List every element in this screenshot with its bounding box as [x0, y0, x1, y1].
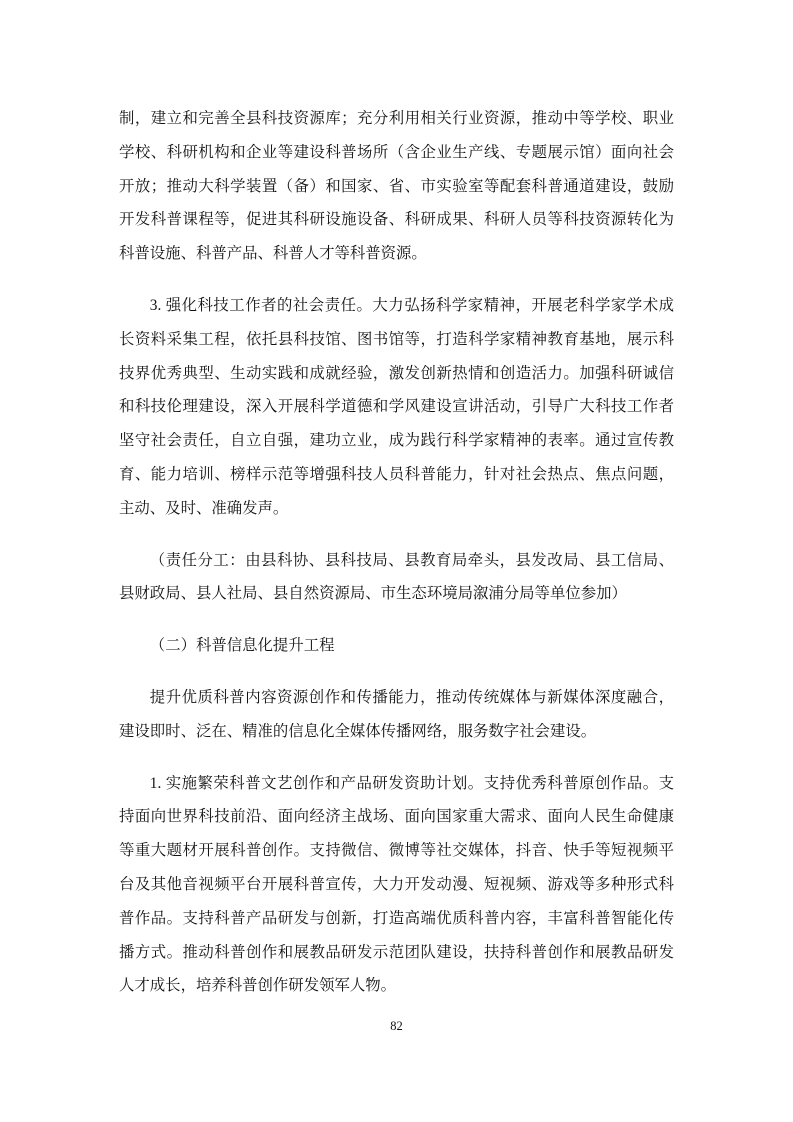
text-line: 坚守社会责任，自立自强，建功立业，成为践行科学家精神的表率。通过宣传教	[119, 424, 674, 458]
text-line: 制，建立和完善全县科技资源库；充分利用相关行业资源，推动中等学校、职业	[119, 102, 674, 136]
paragraph-item-1: 1. 实施繁荣科普文艺创作和产品研发资助计划。支持优秀科普原创作品。支持面向世界…	[119, 767, 674, 1004]
text-line: 持面向世界科技前沿、面向经济主战场、面向国家重大需求、面向人民生命健康	[119, 800, 674, 834]
text-line: 科普设施、科普产品、科普人才等科普资源。	[119, 237, 674, 271]
text-line: 建设即时、泛在、精准的信息化全媒体传播网络，服务数字社会建设。	[119, 715, 674, 749]
text-line: （责任分工：由县科协、县科技局、县教育局牵头，县发改局、县工信局、	[119, 544, 674, 578]
text-line: 开发科普课程等，促进其科研设施设备、科研成果、科研人员等科技资源转化为	[119, 203, 674, 237]
text-line: 提升优质科普内容资源创作和传播能力，推动传统媒体与新媒体深度融合，	[119, 681, 674, 715]
text-line: 1. 实施繁荣科普文艺创作和产品研发资助计划。支持优秀科普原创作品。支	[119, 767, 674, 801]
text-line: 开放；推动大科学装置（备）和国家、省、市实验室等配套科普通道建设，鼓励	[119, 170, 674, 204]
document-body: 制，建立和完善全县科技资源库；充分利用相关行业资源，推动中等学校、职业学校、科研…	[119, 102, 674, 1003]
text-line: 等重大题材开展科普创作。支持微信、微博等社交媒体，抖音、快手等短视频平	[119, 834, 674, 868]
paragraph-responsibility-note: （责任分工：由县科协、县科技局、县教育局牵头，县发改局、县工信局、县财政局、县人…	[119, 544, 674, 612]
paragraph-continued: 制，建立和完善全县科技资源库；充分利用相关行业资源，推动中等学校、职业学校、科研…	[119, 102, 674, 271]
text-line: 3. 强化科技工作者的社会责任。大力弘扬科学家精神，开展老科学家学术成	[119, 289, 674, 323]
text-line: 学校、科研机构和企业等建设科普场所（含企业生产线、专题展示馆）面向社会	[119, 136, 674, 170]
page-number: 82	[0, 1019, 793, 1034]
text-line: 台及其他音视频平台开展科普宣传，大力开发动漫、短视频、游戏等多种形式科	[119, 868, 674, 902]
text-line: 主动、及时、准确发声。	[119, 492, 674, 526]
text-line: 和科技伦理建设，深入开展科学道德和学风建设宣讲活动，引导广大科技工作者	[119, 390, 674, 424]
paragraph-item-3: 3. 强化科技工作者的社会责任。大力弘扬科学家精神，开展老科学家学术成长资料采集…	[119, 289, 674, 526]
text-line: 技界优秀典型、生动实践和成就经验，激发创新热情和创造活力。加强科研诚信	[119, 357, 674, 391]
text-line: 长资料采集工程，依托县科技馆、图书馆等，打造科学家精神教育基地，展示科	[119, 323, 674, 357]
heading-section-2: （二）科普信息化提升工程	[119, 629, 674, 663]
text-line: 人才成长，培养科普创作研发领军人物。	[119, 969, 674, 1003]
text-line: （二）科普信息化提升工程	[119, 629, 674, 663]
text-line: 育、能力培训、榜样示范等增强科技人员科普能力，针对社会热点、焦点问题，	[119, 458, 674, 492]
paragraph-section-intro: 提升优质科普内容资源创作和传播能力，推动传统媒体与新媒体深度融合，建设即时、泛在…	[119, 681, 674, 749]
text-line: 播方式。推动科普创作和展教品研发示范团队建设，扶持科普创作和展教品研发	[119, 936, 674, 970]
text-line: 普作品。支持科普产品研发与创新，打造高端优质科普内容，丰富科普智能化传	[119, 902, 674, 936]
text-line: 县财政局、县人社局、县自然资源局、市生态环境局溆浦分局等单位参加）	[119, 577, 674, 611]
